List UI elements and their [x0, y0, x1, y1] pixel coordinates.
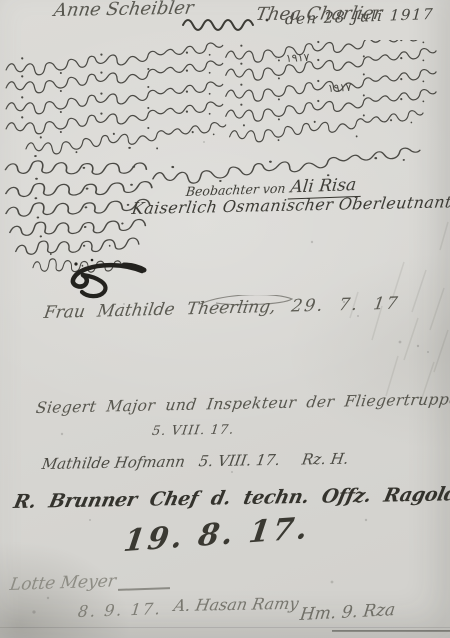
- ottoman-script-line: [5, 48, 437, 94]
- entry-brunner-scrawl: R. Brunner Chef d. techn. Offz. Ragold. …: [12, 482, 450, 513]
- entry-siegert: Siegert Major und Inspekteur der Flieger…: [35, 390, 450, 417]
- ottoman-script-line: [4, 146, 146, 184]
- entry-name: Mathilde Hofmann: [41, 452, 187, 473]
- ottoman-script-line: [25, 110, 424, 155]
- arabic-year-fragment: ١٩١٧: [328, 82, 352, 95]
- footer-date: 8. 9. 17.: [77, 599, 163, 621]
- brunner-date: 19. 8. 17.: [122, 511, 313, 559]
- signature-flourish-arabic: [22, 258, 152, 304]
- ottoman-script-line: [8, 202, 145, 246]
- entry-hofmann: Mathilde Hofmann5. VIII. 17.Rz. H.: [41, 450, 350, 473]
- entry-anne-scheibler: Anne Scheibler: [52, 0, 195, 21]
- siegert-date: 5. VIII. 17.: [151, 423, 235, 439]
- footer-lotte-meyer: Lotte Meyer: [9, 571, 118, 595]
- ottoman-script-line: [5, 40, 437, 76]
- ottoman-script-line: [5, 69, 437, 115]
- footer-rza: Hm. 9. Rza: [299, 600, 397, 625]
- bottom-edge-line-faint: [0, 627, 450, 628]
- entry-date: 29. 7. 17: [290, 294, 401, 317]
- ottoman-script-line: [5, 89, 437, 135]
- footer-hasan-ramy: A. Hasan Ramy: [172, 594, 300, 615]
- bottom-edge-line: [332, 630, 450, 632]
- scanned-document-page: den 28 Juli 1917: [0, 0, 450, 638]
- arabic-year-fragment: ١٩١٧: [286, 52, 310, 65]
- entry-thea-charlier: Thea Charlier: [254, 3, 384, 25]
- entry-suffix: Rz. H.: [301, 450, 350, 469]
- ottoman-script-block: ١٩١٧ ١٩١٧: [0, 40, 450, 280]
- entry-date: 5. VIII. 17.: [198, 451, 282, 470]
- pen-dash-stroke: [118, 587, 170, 591]
